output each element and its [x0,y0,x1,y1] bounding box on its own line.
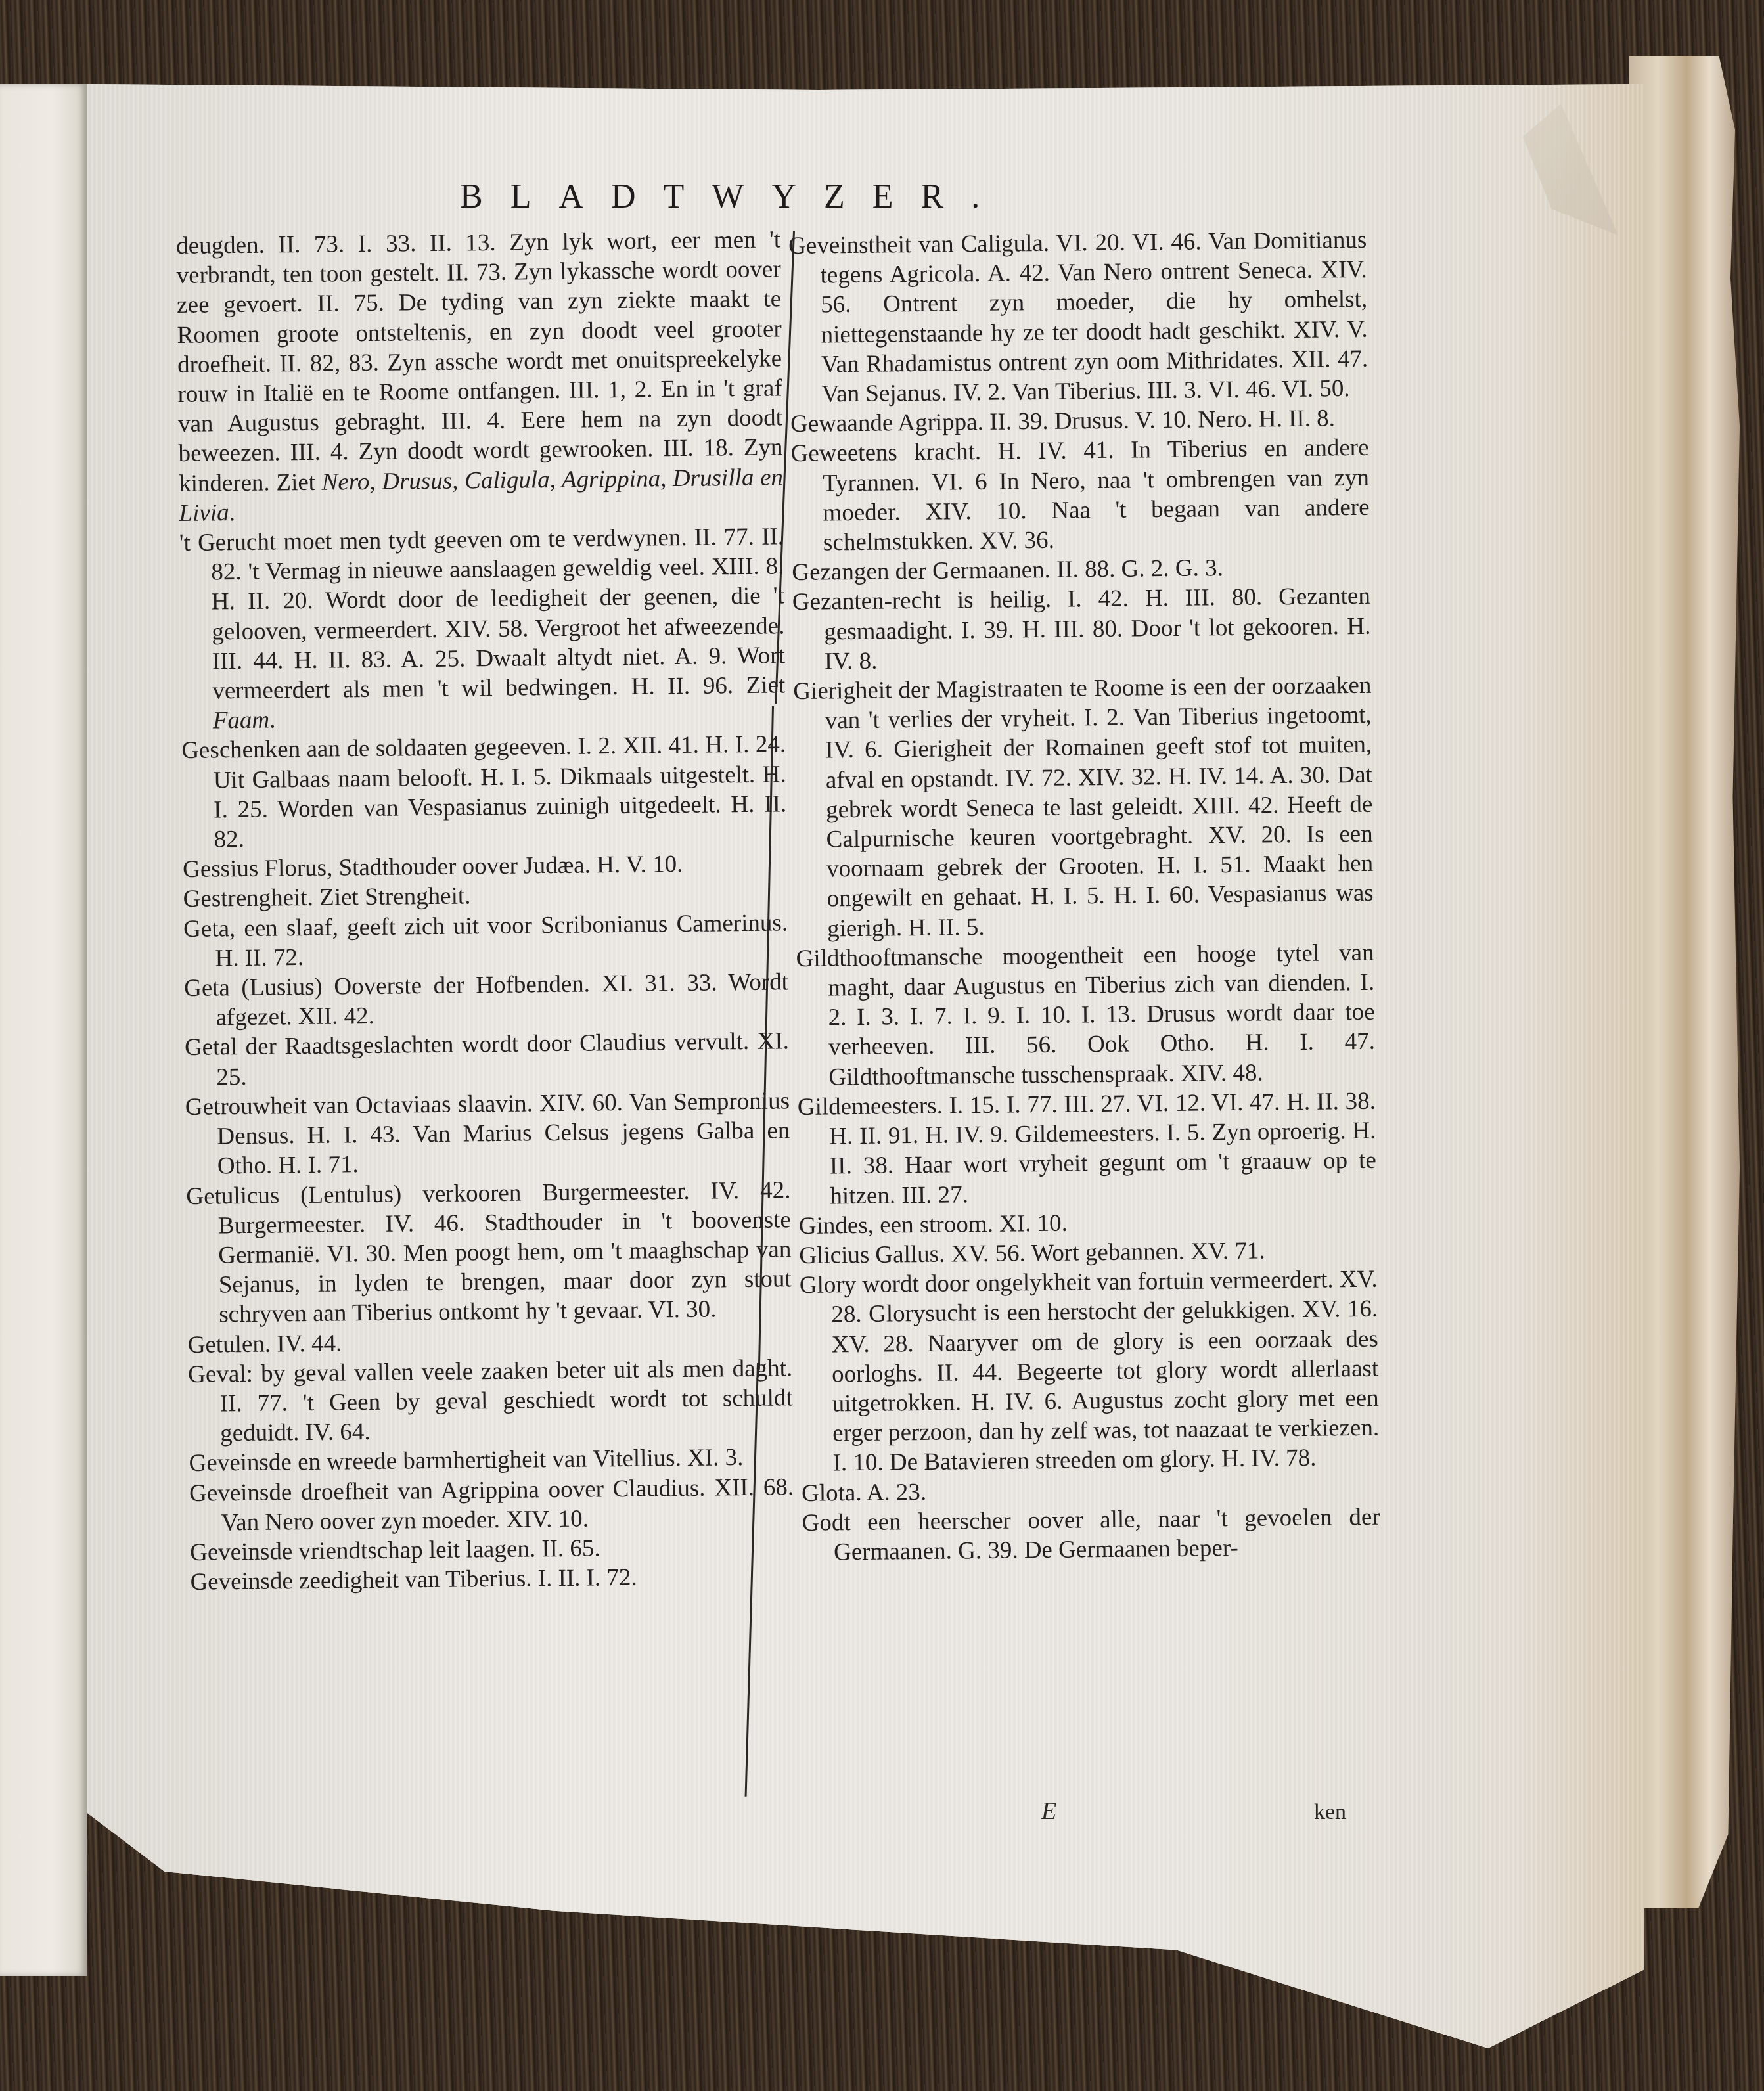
index-entry: Geveinsde zeedigheit van Tiberius. I. II… [190,1561,794,1597]
index-entry: Geval: by geval vallen veele zaaken bete… [188,1353,793,1449]
index-entry: Godt een heerscher oover alle, naar 't g… [802,1502,1380,1567]
signature-mark: E [1041,1797,1056,1826]
index-entry: Geveinstheit van Caligula. VI. 20. VI. 4… [788,225,1368,409]
index-entry: Geweetens kracht. H. IV. 41. In Tiberius… [790,433,1370,558]
index-entry: Getal der Raadtsgeslachten wordt door Cl… [185,1027,790,1092]
index-entry: Geta, een slaaf, geeft zich uit voor Scr… [183,908,788,974]
index-entry: Geta (Lusius) Ooverste der Hofbenden. XI… [184,967,789,1033]
index-column-left: deugden. II. 73. I. 33. II. 13. Zyn lyk … [176,225,795,1597]
catchword: ken [1314,1800,1346,1825]
index-column-right: Geveinstheit van Caligula. VI. 20. VI. 4… [788,225,1380,1567]
index-entry: Gildemeesters. I. 15. I. 77. III. 27. VI… [798,1087,1377,1211]
running-title: BLADTWYZER. [460,177,1007,216]
index-entry: Getrouwheit van Octaviaas slaavin. XIV. … [185,1086,790,1181]
index-entry: Gildthooftmansche moogentheit een hooge … [796,938,1375,1092]
index-entry: Gezanten-recht is heilig. I. 42. H. III.… [792,581,1371,677]
italic-cross-reference: Faam [213,707,270,734]
index-entry: Geveinsde droefheit van Agrippina oover … [189,1472,794,1538]
index-entry: Getulicus (Lentulus) verkooren Burgermee… [186,1175,792,1330]
index-entry: Geschenken aan de soldaaten gegeeven. I.… [181,730,787,855]
index-entry: Gierigheit der Magistraaten te Roome is … [793,671,1374,944]
left-facing-page-edge [0,84,87,1976]
index-entry-continuation: deugden. II. 73. I. 33. II. 13. Zyn lyk … [176,225,784,528]
index-entry: Glory wordt door ongelykheit van fortuin… [800,1265,1380,1479]
page-block-edges [1629,56,1744,1908]
index-entry: 't Gerucht moet men tydt geeven om te ve… [179,522,786,736]
